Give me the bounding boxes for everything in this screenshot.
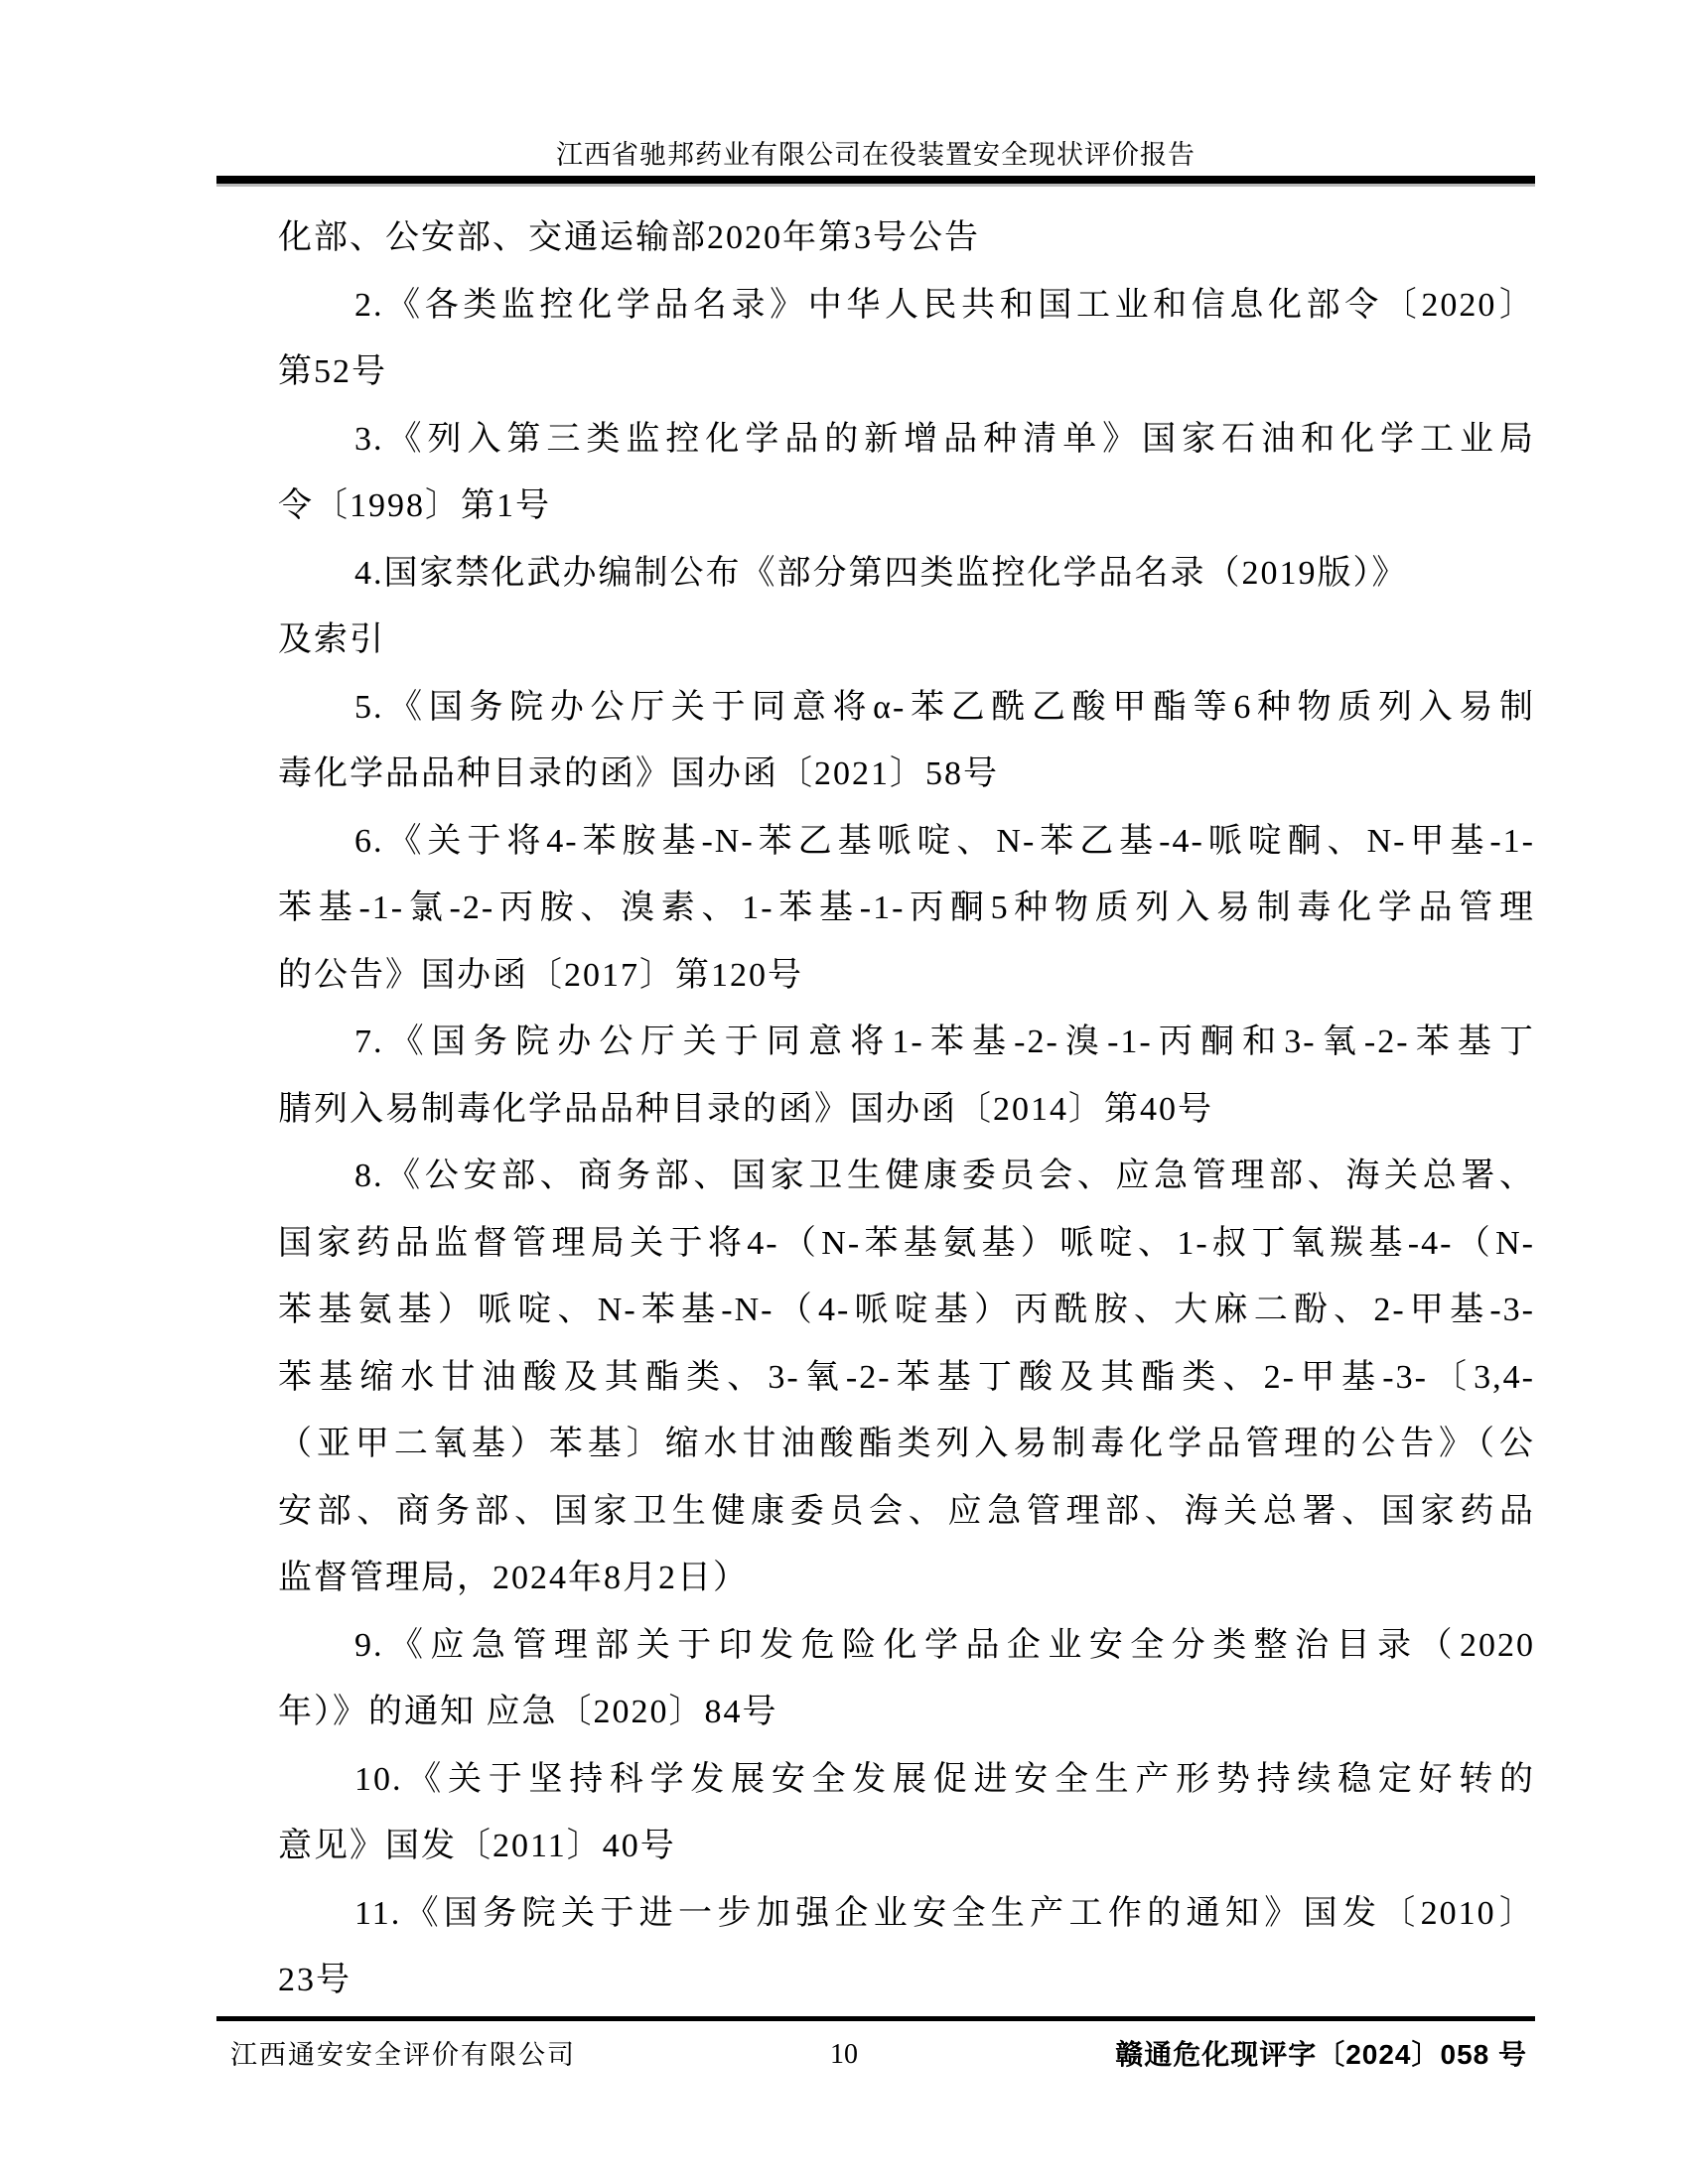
body-line: 意见》国发〔2011〕40号 bbox=[278, 1813, 1535, 1880]
body-line: 年）》的通知 应急〔2020〕84号 bbox=[278, 1679, 1535, 1746]
body-line: 4.国家禁化武办编制公布《部分第四类监控化学品名录（2019版）》 bbox=[278, 540, 1535, 608]
body-line: 国家药品监督管理局关于将4-（N-苯基氨基）哌啶、1-叔丁氧羰基-4-（N- bbox=[278, 1210, 1535, 1278]
body-line: 监督管理局，2024年8月2日） bbox=[278, 1545, 1535, 1612]
body-line: 10.《关于坚持科学发展安全发展促进安全生产形势持续稳定好转的 bbox=[278, 1746, 1535, 1814]
header-rule bbox=[216, 176, 1535, 184]
body-lines: 化部、公安部、交通运输部2020年第3号公告2.《各类监控化学品名录》中华人民共… bbox=[278, 205, 1535, 2014]
page-header-title: 江西省驰邦药业有限公司在役装置安全现状评价报告 bbox=[216, 138, 1535, 172]
body-line: 苯基氨基）哌啶、N-苯基-N-（4-哌啶基）丙酰胺、大麻二酚、2-甲基-3- bbox=[278, 1277, 1535, 1344]
body-line: 安部、商务部、国家卫生健康委员会、应急管理部、海关总署、国家药品 bbox=[278, 1478, 1535, 1546]
body-line: 5.《国务院办公厅关于同意将α-苯乙酰乙酸甲酯等6种物质列入易制 bbox=[278, 674, 1535, 742]
body-line: 23号 bbox=[278, 1947, 1535, 2014]
body-line: 令〔1998〕第1号 bbox=[278, 473, 1535, 540]
body-line: 9.《应急管理部关于印发危险化学品企业安全分类整治目录（2020 bbox=[278, 1612, 1535, 1680]
body-line: 6.《关于将4-苯胺基-N-苯乙基哌啶、N-苯乙基-4-哌啶酮、N-甲基-1- bbox=[278, 808, 1535, 876]
body-line: 化部、公安部、交通运输部2020年第3号公告 bbox=[278, 205, 1535, 272]
body-line: 的公告》国办函〔2017〕第120号 bbox=[278, 942, 1535, 1010]
body-line: 苯基-1-氯-2-丙胺、溴素、1-苯基-1-丙酮5种物质列入易制毒化学品管理 bbox=[278, 875, 1535, 942]
page-footer: 江西通安安全评价有限公司 10 赣通危化现评字〔2024〕058 号 bbox=[216, 2031, 1535, 2079]
body-line: 毒化学品品种目录的函》国办函〔2021〕58号 bbox=[278, 741, 1535, 808]
body-line: 第52号 bbox=[278, 339, 1535, 406]
footer-page-number: 10 bbox=[808, 2031, 880, 2079]
body-line: 及索引 bbox=[278, 607, 1535, 674]
body-line: 腈列入易制毒化学品品种目录的函》国办函〔2014〕第40号 bbox=[278, 1076, 1535, 1144]
footer-rule bbox=[216, 2016, 1535, 2021]
body-line: （亚甲二氧基）苯基〕缩水甘油酸酯类列入易制毒化学品管理的公告》（公 bbox=[278, 1411, 1535, 1478]
footer-company-name: 江西通安安全评价有限公司 bbox=[230, 2031, 576, 2079]
body-line: 7.《国务院办公厅关于同意将1-苯基-2-溴-1-丙酮和3-氧-2-苯基丁 bbox=[278, 1009, 1535, 1076]
body-line: 11.《国务院关于进一步加强企业安全生产工作的通知》国发〔2010〕 bbox=[278, 1880, 1535, 1948]
footer-doc-number: 赣通危化现评字〔2024〕058 号 bbox=[1115, 2031, 1527, 2079]
body-line: 2.《各类监控化学品名录》中华人民共和国工业和信息化部令〔2020〕 bbox=[278, 272, 1535, 340]
body-line: 8.《公安部、商务部、国家卫生健康委员会、应急管理部、海关总署、 bbox=[278, 1143, 1535, 1210]
body-line: 3.《列入第三类监控化学品的新增品种清单》国家石油和化学工业局 bbox=[278, 406, 1535, 474]
body-line: 苯基缩水甘油酸及其酯类、3-氧-2-苯基丁酸及其酯类、2-甲基-3-〔3,4- bbox=[278, 1344, 1535, 1412]
report-page: 江西省驰邦药业有限公司在役装置安全现状评价报告 化部、公安部、交通运输部2020… bbox=[0, 0, 1688, 2184]
